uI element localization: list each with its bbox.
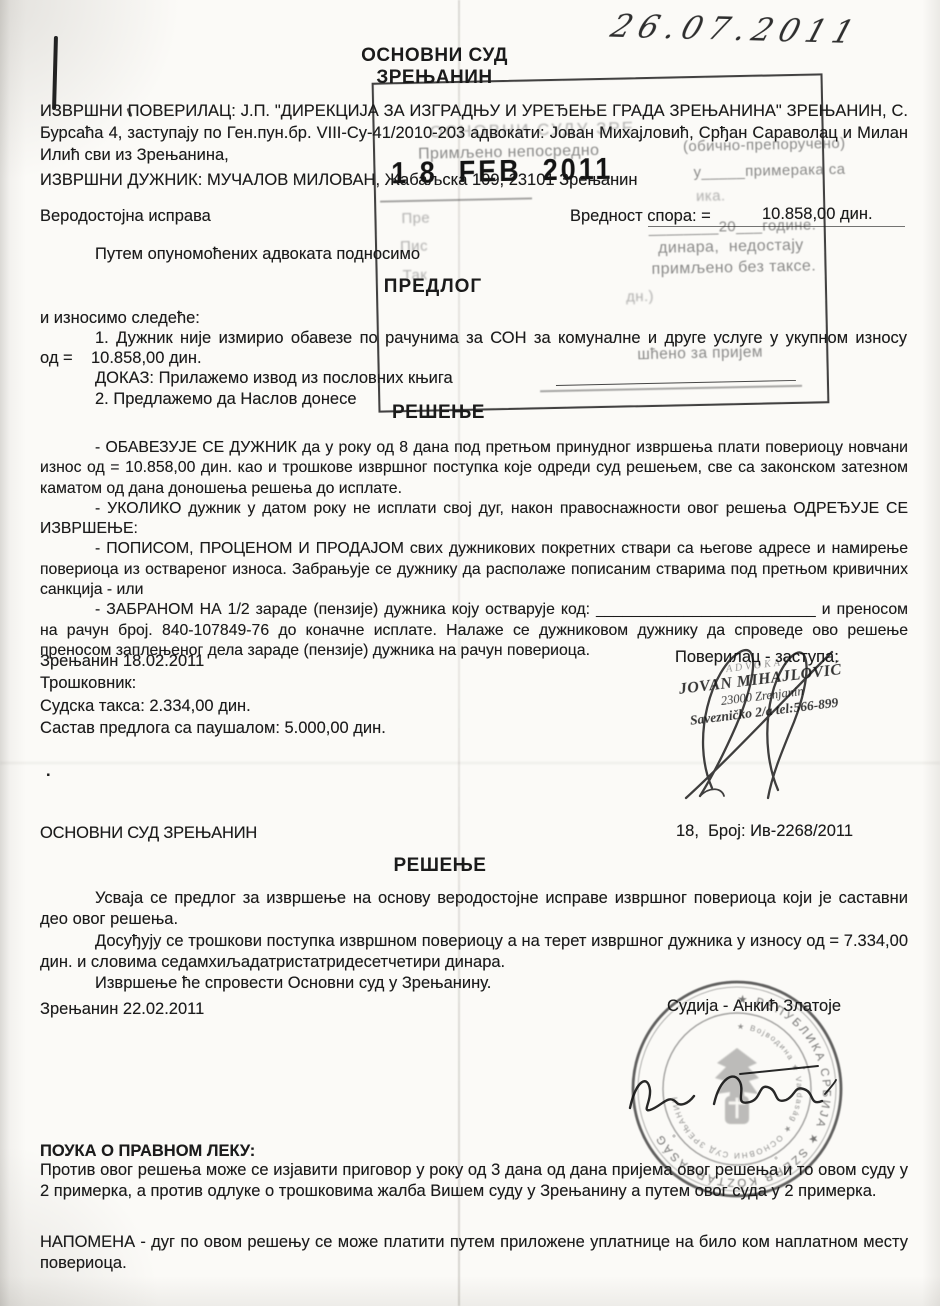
receipt-stamp-line <box>380 197 532 202</box>
resolution2-place-date: Зрењанин 22.02.2011 <box>40 998 204 1020</box>
creditor-paragraph: ИЗВРШНИ ПОВЕРИЛАЦ: Ј.П. "ДИРЕКЦИЈА ЗА ИЗ… <box>40 100 908 166</box>
dispute-value-underline <box>648 226 905 227</box>
costs-drafting-fee: Састав предлога са паушалом: 5.000,00 ди… <box>40 717 386 739</box>
submit-line: Путем опуномоћених адвоката подносимо <box>95 243 420 265</box>
proposal-item1-line1: 1. Дужник није измирио обавезе по рачуни… <box>95 327 907 349</box>
receipt-stamp-dinara-line: динара, недостају <box>658 237 804 258</box>
debtor-line: ИЗВРШНИ ДУЖНИК: МУЧАЛОВ МИЛОВАН, Жабаљск… <box>40 169 638 191</box>
proposal-heading: ПРЕДЛОГ <box>368 276 498 298</box>
proposal-item1-line2: од = 10.858,00 дин. <box>40 347 202 369</box>
receipt-stamp-left-fragment-1: Пре <box>401 210 430 229</box>
resolution1-paragraph-2: - УКОЛИКО дужник у датом року не исплати… <box>40 499 908 540</box>
resolution2-paragraph-1: Усваја се предлог за извршење на основу … <box>40 888 908 931</box>
resolution1-paragraph-3: - ПОПИСОМ, ПРОЦЕНОМ И ПРОДАЈОМ свих дужн… <box>40 539 908 600</box>
legal-remedy-heading: ПОУКА О ПРАВНОМ ЛЕКУ: <box>40 1140 255 1162</box>
case-number: 18, Број: Ив-2268/2011 <box>676 820 853 842</box>
judge-signature <box>622 1056 837 1122</box>
handwritten-date: 26.07.2011 <box>606 9 865 51</box>
resolution2-heading: РЕШЕЊЕ <box>380 855 500 877</box>
resolution1-body: - ОБАВЕЗУЈЕ СЕ ДУЖНИК да у року од 8 дан… <box>40 438 908 661</box>
costs-court-fee: Судска такса: 2.334,00 дин. <box>40 695 386 717</box>
dispute-value-label: Вредност спора: = <box>570 205 711 227</box>
legal-remedy-text: Против овог решења може се изјавити приг… <box>40 1160 908 1201</box>
court-name-line: ОСНОВНИ СУД ЗРЕЊАНИН <box>40 822 257 844</box>
proposal-intro: и износимо следеће: <box>40 307 200 329</box>
resolution2-paragraph-2: Досуђују се трошкови поступка извршном п… <box>40 931 908 974</box>
dispute-value: 10.858,00 дин. <box>762 203 873 225</box>
proposal-evidence: ДОКАЗ: Прилажемо извод из пословних књиг… <box>95 367 453 389</box>
costs-block: Зрењанин 18.02.2011 Трошковник: Судска т… <box>40 650 386 740</box>
resolution1-heading: РЕШЕЊЕ <box>392 402 485 424</box>
scanned-court-document: 26.07.2011 ОСНОВНИ СУД ЗРЕЊАНИН ОСНОВНИ … <box>0 0 940 1306</box>
note-text: НАПОМЕНА - дуг по овом решењу се може пл… <box>40 1232 908 1274</box>
credible-document-label: Веродостојна исправа <box>40 205 211 227</box>
proposal-item2: 2. Предлажемо да Наслов донесе <box>95 388 357 410</box>
judge-line: Судија - Анкић Златоје <box>667 995 841 1017</box>
costs-label: Трошковник: <box>40 672 386 694</box>
receipt-stamp-no-fee-line: примљено без таксе. <box>651 257 816 278</box>
pen-mark <box>52 36 57 110</box>
receipt-stamp-signature-line-shadow <box>540 385 802 392</box>
stray-dot: . <box>46 760 51 782</box>
court-header-line1: ОСНОВНИ СУД <box>352 45 517 67</box>
receipt-stamp-paren-fragment: дн.) <box>626 288 654 307</box>
receipt-stamp-smudge: ика. <box>696 187 726 206</box>
resolution1-paragraph-1: - ОБАВЕЗУЈЕ СЕ ДУЖНИК да у року од 8 дан… <box>40 438 908 499</box>
attorney-signature <box>660 638 880 803</box>
costs-place-date: Зрењанин 18.02.2011 <box>40 650 386 672</box>
